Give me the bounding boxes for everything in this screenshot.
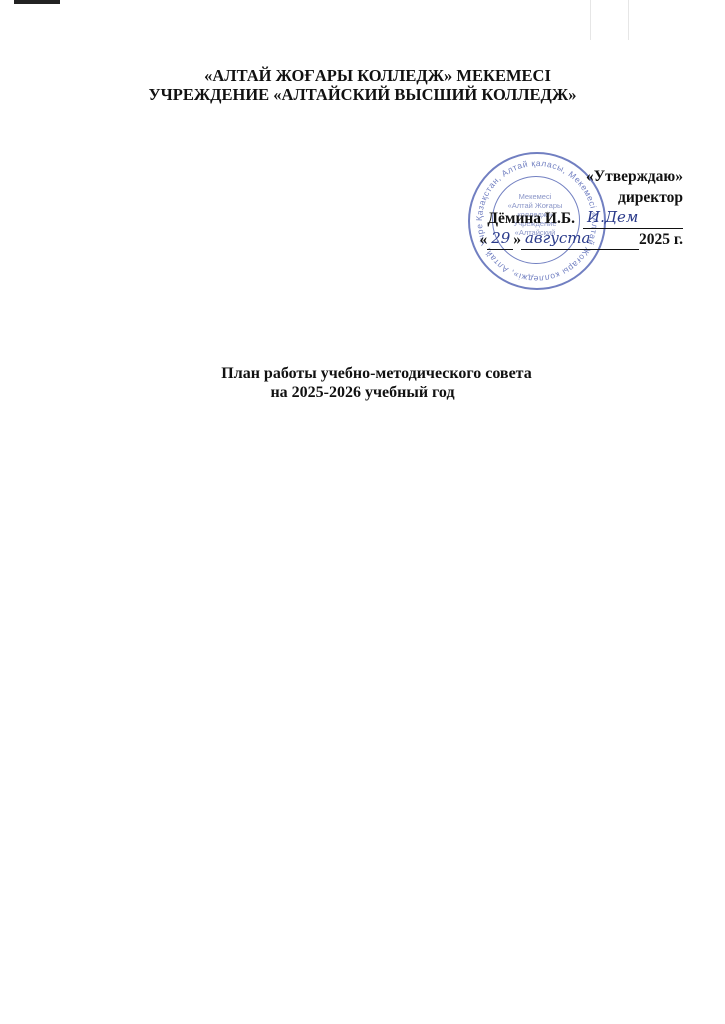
- scan-artifact: [628, 0, 629, 40]
- approval-label: «Утверждаю»: [433, 166, 683, 187]
- title-line-1: План работы учебно-методического совета: [0, 364, 725, 383]
- document-title: План работы учебно-методического совета …: [0, 364, 725, 402]
- approval-position: директор: [433, 187, 683, 208]
- month-line: августа: [521, 233, 639, 250]
- date-open-quote: «: [479, 229, 487, 250]
- approval-block: «Утверждаю» директор Дёмина И.Б. И.Дем «…: [433, 166, 683, 250]
- scan-artifact: [590, 0, 591, 40]
- director-name: Дёмина И.Б.: [487, 208, 575, 229]
- date-row: « 29 » августа 2025 г.: [433, 229, 683, 250]
- day-line: 29: [487, 233, 513, 250]
- header-line-kazakh: «АЛТАЙ ЖОҒАРЫ КОЛЛЕДЖ» МЕКЕМЕСІ: [0, 66, 725, 85]
- header-line-russian: УЧРЕЖДЕНИЕ «АЛТАЙСКИЙ ВЫСШИЙ КОЛЛЕДЖ»: [0, 85, 725, 104]
- date-year: 2025 г.: [639, 229, 683, 250]
- scan-artifact: [14, 0, 60, 4]
- title-line-2: на 2025-2026 учебный год: [0, 383, 725, 402]
- date-close-quote: »: [513, 229, 521, 250]
- institution-header: «АЛТАЙ ЖОҒАРЫ КОЛЛЕДЖ» МЕКЕМЕСІ УЧРЕЖДЕН…: [0, 66, 725, 104]
- signature-line: И.Дем: [583, 212, 683, 229]
- handwritten-day: 29: [491, 228, 510, 249]
- handwritten-month: августа: [525, 228, 591, 249]
- signature-row: Дёмина И.Б. И.Дем: [433, 208, 683, 229]
- handwritten-signature: И.Дем: [587, 207, 638, 228]
